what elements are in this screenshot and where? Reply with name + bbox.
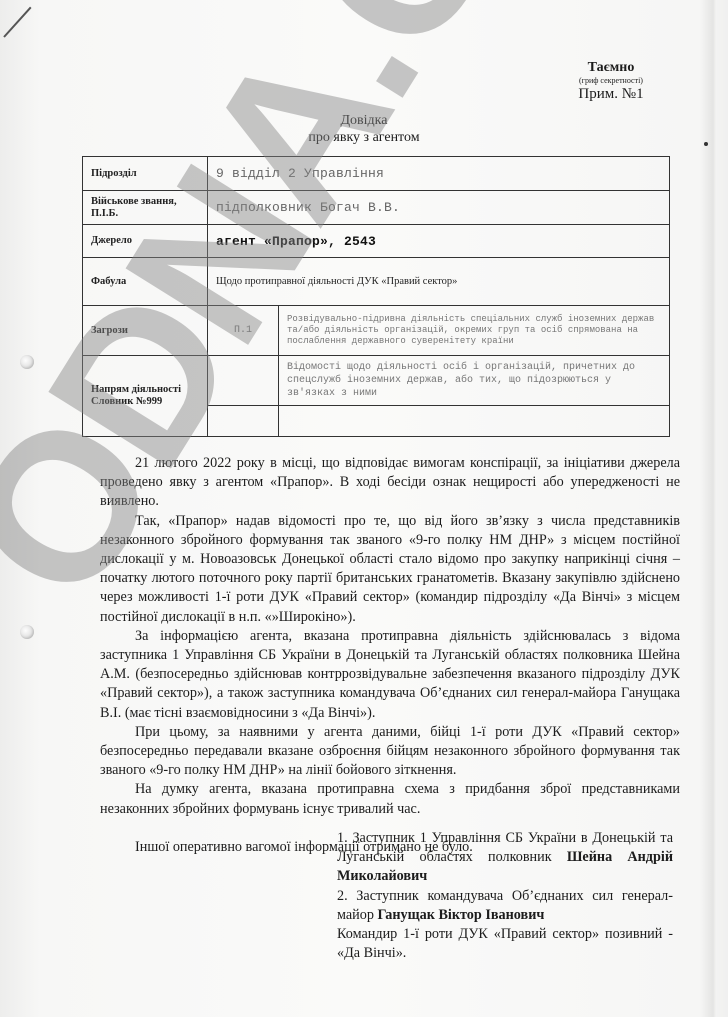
form-row-direction: Напрям діяльності Словник №999 Відомості…: [83, 356, 670, 406]
report-body: 21 лютого 2022 року в місці, що відповід…: [100, 454, 680, 857]
form-value: Щодо протиправної діяльності ДУК «Правий…: [208, 258, 670, 306]
form-label: Загрози: [83, 306, 208, 356]
form-label: Фабула: [83, 258, 208, 306]
punch-hole-icon: [20, 355, 34, 369]
form-row-source: Джерело агент «Прапор», 2543: [83, 225, 670, 258]
paragraph: Так, «Прапор» надав відомості про те, що…: [100, 512, 680, 627]
copy-number: Прим. №1: [556, 86, 666, 103]
title-line-2: про явку з агентом: [0, 129, 728, 146]
document-page: Таємно (гриф секретності) Прим. №1 Довід…: [0, 0, 728, 1017]
form-value: 9 відділ 2 Управління: [208, 157, 670, 191]
document-title: Довідка про явку з агентом: [0, 112, 728, 146]
person-item-1: 1. Заступник 1 Управління СБ України в Д…: [337, 829, 673, 887]
form-label: Джерело: [83, 225, 208, 258]
form-value: Розвідувально-підривна діяльність спеціа…: [279, 306, 670, 356]
person-item-3: Командир 1-ї роти ДУК «Правий сектор» по…: [337, 925, 673, 963]
classification-caption: (гриф секретності): [556, 76, 666, 86]
form-value: підполковник Богач В.В.: [208, 191, 670, 225]
form-label: Військове звання, П.І.Б.: [83, 191, 208, 225]
form-code: П.1: [208, 306, 279, 356]
paragraph: При цьому, за наявними у агента даними, …: [100, 723, 680, 781]
form-value: Відомості щодо діяльності осіб і організ…: [279, 356, 670, 406]
form-row-plot: Фабула Щодо протиправної діяльності ДУК …: [83, 258, 670, 306]
pen-mark: [3, 7, 31, 38]
form-value-empty: [279, 406, 670, 437]
form-code: [208, 356, 279, 406]
form-code-empty: [208, 406, 279, 437]
form-row-threats: Загрози П.1 Розвідувально-підривна діяль…: [83, 306, 670, 356]
punch-hole-icon: [20, 625, 34, 639]
form-row-officer: Військове звання, П.І.Б. підполковник Бо…: [83, 191, 670, 225]
paragraph: 21 лютого 2022 року в місці, що відповід…: [100, 454, 680, 512]
classification-stamp: Таємно: [556, 60, 666, 76]
form-row-unit: Підрозділ 9 відділ 2 Управління: [83, 157, 670, 191]
form-label: Підрозділ: [83, 157, 208, 191]
person-item-2: 2. Заступник командувача Об’єднаних сил …: [337, 887, 673, 925]
paragraph: За інформацією агента, вказана протиправ…: [100, 627, 680, 723]
persons-list: 1. Заступник 1 Управління СБ України в Д…: [337, 829, 673, 963]
paragraph: На думку агента, вказана протиправна схе…: [100, 780, 680, 818]
form-value: агент «Прапор», 2543: [208, 225, 670, 258]
title-line-1: Довідка: [0, 112, 728, 129]
form-label: Напрям діяльності Словник №999: [83, 356, 208, 437]
classification-block: Таємно (гриф секретності) Прим. №1: [556, 60, 666, 103]
person-name: Ганущак Віктор Іванович: [378, 907, 545, 923]
report-form-table: Підрозділ 9 відділ 2 Управління Військов…: [82, 156, 670, 437]
